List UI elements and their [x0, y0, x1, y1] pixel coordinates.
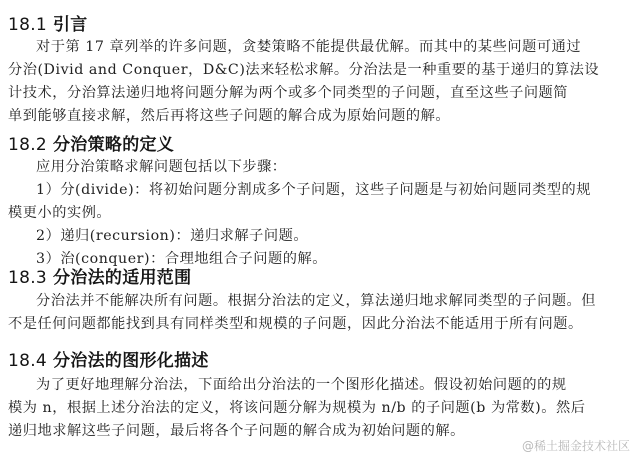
section-number: 18.2: [8, 134, 53, 156]
section-title: 分治法的图形化描述: [53, 351, 209, 371]
section-title: 分治策略的定义: [53, 135, 174, 155]
list-item-recursion: 2）递归(recursion)：递归求解子问题。: [8, 225, 588, 248]
section-body-18-4: 为了更好地理解分治法，下面给出分治法的一个图形化描述。假设初始问题的的规 模为 …: [8, 374, 588, 443]
paragraph-line: 模为 n，根据上述分治法的定义，将该问题分解为规模为 n/b 的子问题(b 为常…: [8, 397, 588, 420]
section-heading-18-1: 18.1引言: [8, 14, 88, 36]
section-number: 18.4: [8, 350, 53, 372]
section-title: 引言: [53, 15, 88, 35]
paragraph-line: 对于第 17 章列举的许多问题，贪婪策略不能提供最优解。而其中的某些问题可通过: [8, 36, 588, 59]
paragraph-line: 模更小的实例。: [8, 202, 588, 225]
paragraph-line: 递归地求解这些子问题，最后将各个子问题的解合成为初始问题的解。: [8, 420, 588, 443]
section-number: 18.1: [8, 14, 53, 36]
section-body-18-2: 应用分治策略求解问题包括以下步骤： 1）分(divide)：将初始问题分割成多个…: [8, 156, 588, 271]
paragraph-line: 分治法并不能解决所有问题。根据分治法的定义，算法递归地求解同类型的子问题。但: [8, 290, 588, 313]
document-page: 18.1引言 对于第 17 章列举的许多问题，贪婪策略不能提供最优解。而其中的某…: [0, 0, 640, 462]
section-heading-18-2: 18.2分治策略的定义: [8, 134, 174, 156]
paragraph-line: 计技术，分治算法递归地将问题分解为两个或多个同类型的子问题，直至这些子问题简: [8, 82, 588, 105]
section-title: 分治法的适用范围: [53, 268, 191, 288]
section-body-18-1: 对于第 17 章列举的许多问题，贪婪策略不能提供最优解。而其中的某些问题可通过 …: [8, 36, 588, 128]
section-heading-18-4: 18.4分治法的图形化描述: [8, 350, 209, 372]
section-heading-18-3: 18.3分治法的适用范围: [8, 267, 191, 289]
list-item-divide: 1）分(divide)：将初始问题分割成多个子问题，这些子问题是与初始问题同类型…: [8, 179, 588, 202]
section-body-18-3: 分治法并不能解决所有问题。根据分治法的定义，算法递归地求解同类型的子问题。但 不…: [8, 290, 588, 336]
paragraph-line: 为了更好地理解分治法，下面给出分治法的一个图形化描述。假设初始问题的的规: [8, 374, 588, 397]
paragraph-line: 分治(Divid and Conquer，D&C)法来轻松求解。分治法是一种重要…: [8, 59, 588, 82]
paragraph-line: 单到能够直接求解，然后再将这些子问题的解合成为原始问题的解。: [8, 105, 588, 128]
paragraph-line: 不是任何问题都能找到具有同样类型和规模的子问题，因此分治法不能适用于所有问题。: [8, 313, 588, 336]
paragraph-line: 应用分治策略求解问题包括以下步骤：: [8, 156, 588, 179]
section-number: 18.3: [8, 267, 53, 289]
watermark: @稀土掘金技术社区: [522, 437, 630, 454]
